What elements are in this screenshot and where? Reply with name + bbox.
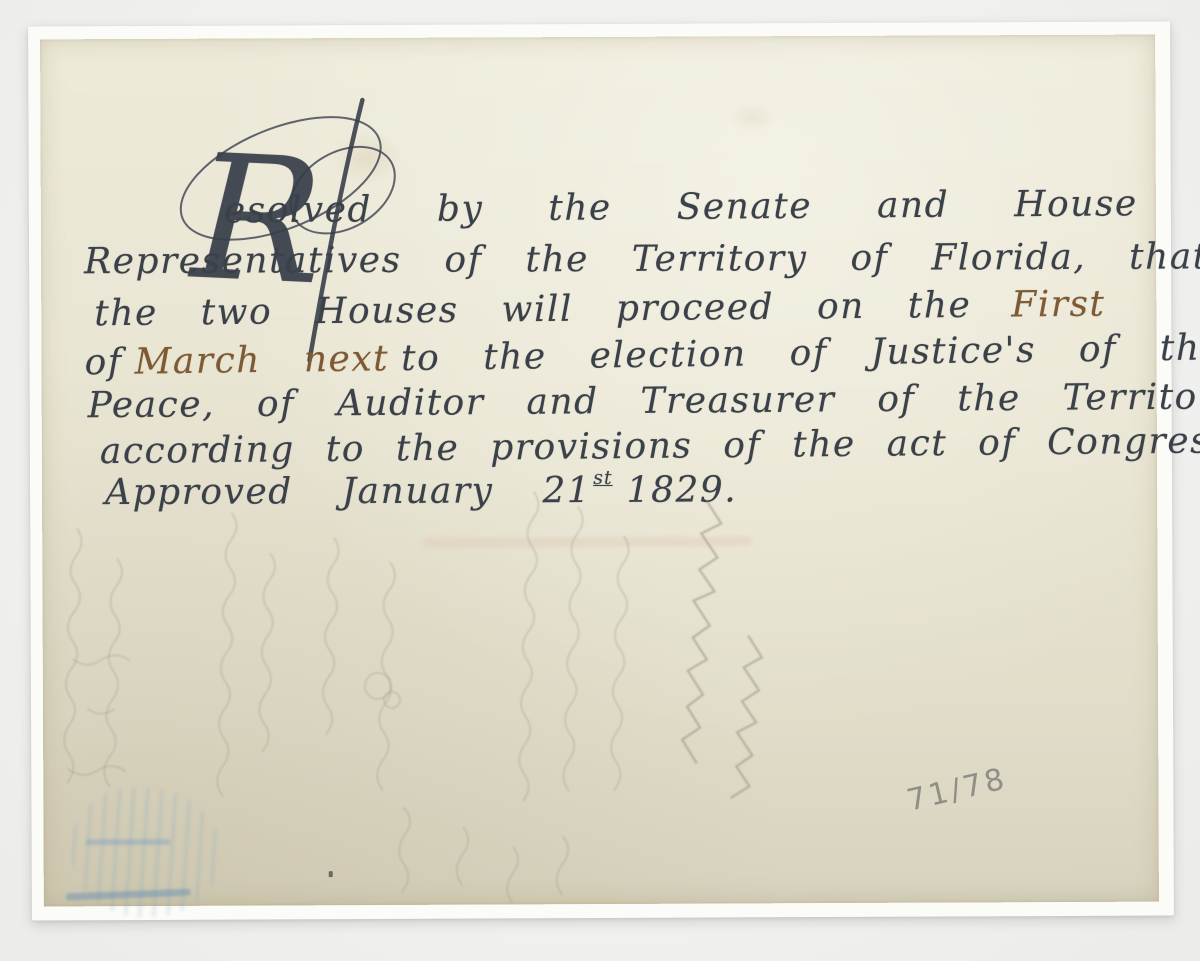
blue-ink-smudge (86, 839, 171, 845)
manuscript-line-5: Peace, of Auditor and Treasurer of the T… (88, 376, 1200, 426)
line-segment: to the election of Justice's of the (401, 327, 1200, 379)
line-segment: esolved by the Senate and House of (224, 182, 1200, 231)
manuscript-line-1: esolved by the Senate and House of (224, 182, 1200, 231)
line-segment: Representatives of the Territory of Flor… (84, 236, 1200, 282)
paper-stack: R esolved by the Senate and House of Rep… (28, 22, 1174, 921)
scan-background: R esolved by the Senate and House of Rep… (0, 0, 1200, 961)
line-segment: Peace, of Auditor and Treasurer of the T… (88, 376, 1200, 426)
line-segment: of (84, 342, 123, 383)
paper-stain (728, 102, 776, 132)
document-paper: R esolved by the Senate and House of Rep… (40, 35, 1159, 907)
manuscript-line-2: Representatives of the Territory of Flor… (84, 236, 1200, 282)
brown-ink-word: March next (134, 338, 389, 382)
line-segment: the two Houses will proceed on the (94, 285, 971, 334)
brown-ink-word: First (1011, 284, 1106, 326)
